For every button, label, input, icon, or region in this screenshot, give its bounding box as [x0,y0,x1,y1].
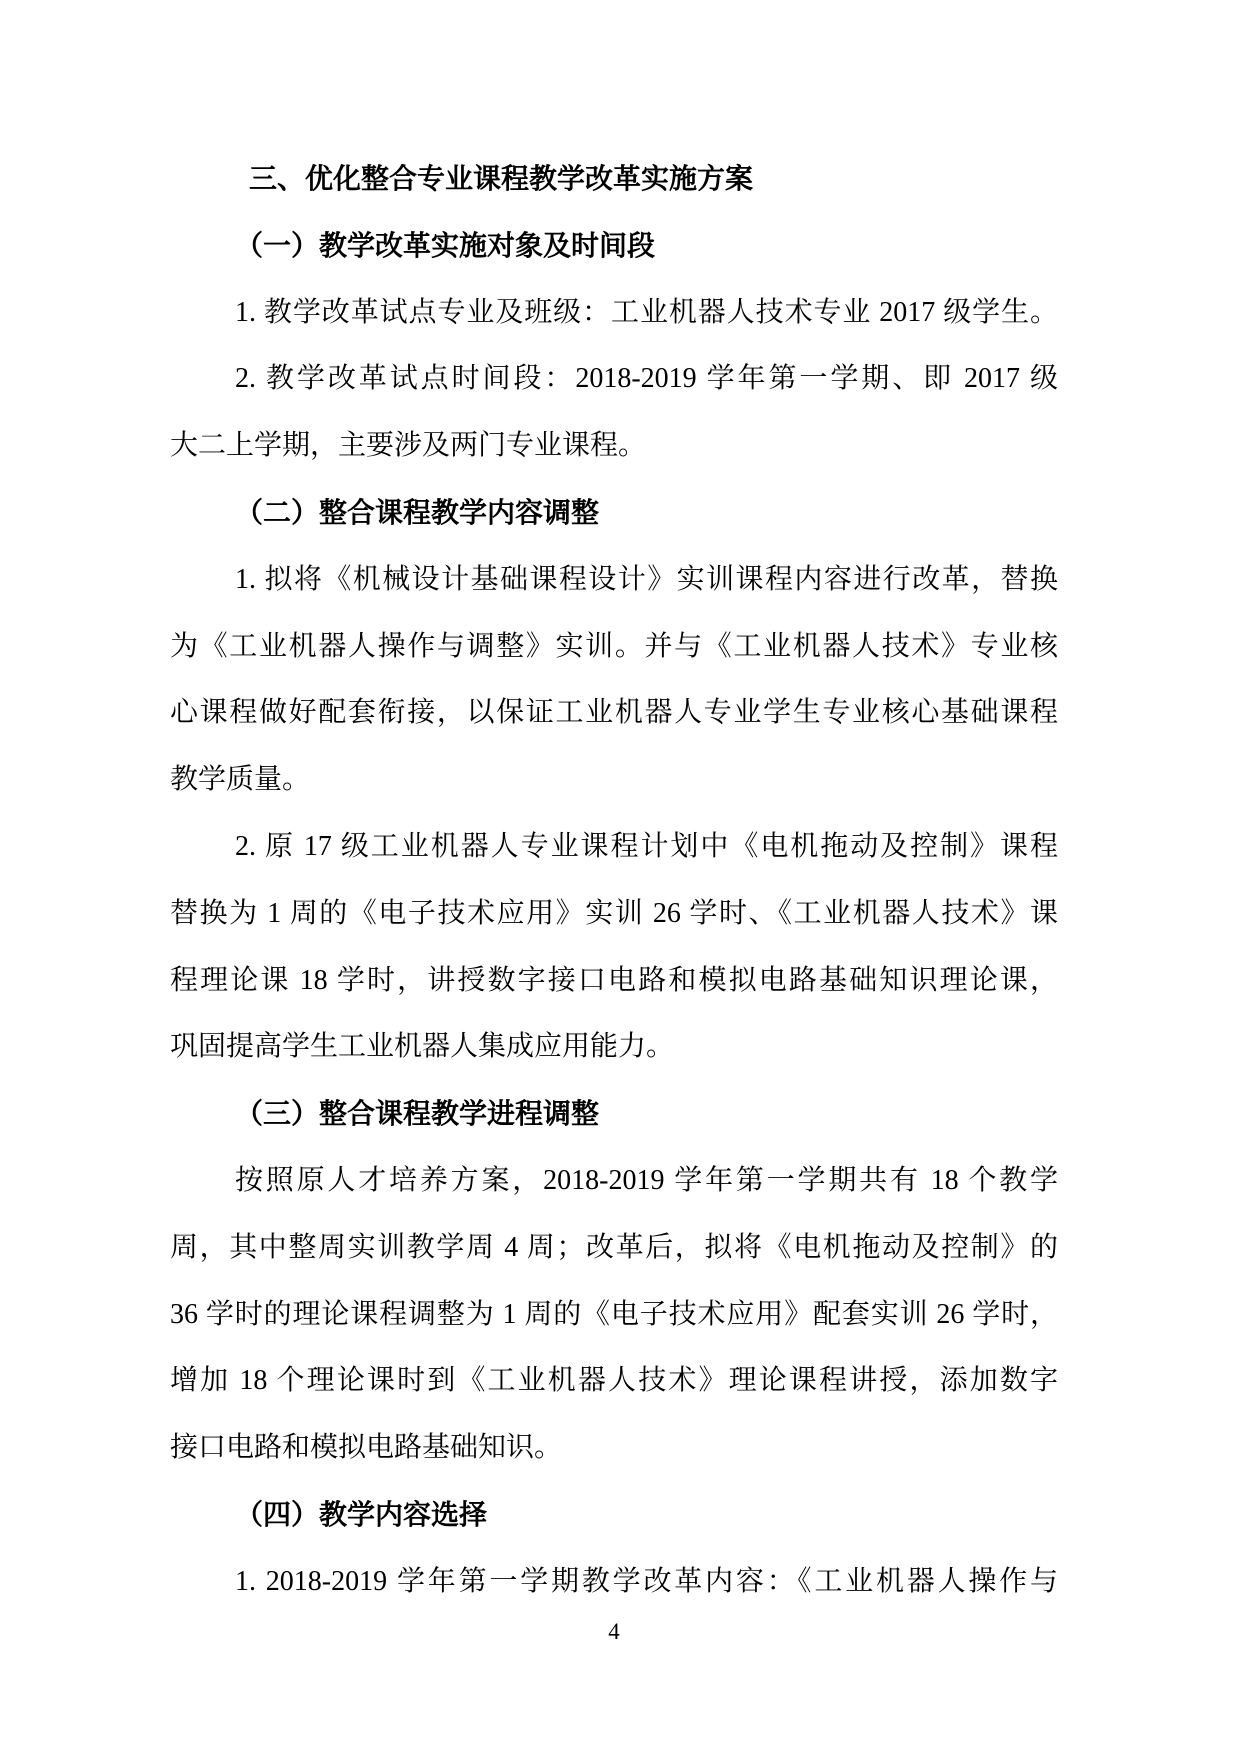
section-heading-3-4: （四）教学内容选择 [170,1482,1058,1549]
section-heading-3-3: （三）整合课程教学进程调整 [170,1081,1058,1148]
text-line: 替换为 1 周的《电子技术应用》实训 26 学时、《工业机器人技术》课 [170,881,1058,948]
document-page: 三、优化整合专业课程教学改革实施方案 （一）教学改革实施对象及时间段 1. 教学… [0,0,1240,1754]
page-number: 4 [170,1616,1058,1648]
heading-text: （三）整合课程教学进程调整 [170,1081,1058,1148]
heading-text: （一）教学改革实施对象及时间段 [170,213,1058,280]
paragraph: 1. 拟将《机械设计基础课程设计》实训课程内容进行改革，替换 为《工业机器人操作… [170,547,1058,814]
paragraph: 2. 原 17 级工业机器人专业课程计划中《电机拖动及控制》课程 替换为 1 周… [170,814,1058,1081]
section-heading-3-1: （一）教学改革实施对象及时间段 [170,213,1058,280]
paragraph: 1. 2018-2019 学年第一学期教学改革内容：《工业机器人操作与 [170,1549,1058,1616]
text-line: 1. 拟将《机械设计基础课程设计》实训课程内容进行改革，替换 [170,547,1058,614]
text-line: 教学质量。 [170,747,1058,814]
section-heading-3-2: （二）整合课程教学内容调整 [170,480,1058,547]
paragraph: 2. 教学改革试点时间段：2018-2019 学年第一学期、即 2017 级 大… [170,346,1058,480]
text-line: 增加 18 个理论课时到《工业机器人技术》理论课程讲授，添加数字 [170,1348,1058,1415]
text-line: 巩固提高学生工业机器人集成应用能力。 [170,1014,1058,1081]
section-heading-3: 三、优化整合专业课程教学改革实施方案 [170,146,1058,213]
text-line: 2. 教学改革试点时间段：2018-2019 学年第一学期、即 2017 级 [170,346,1058,413]
paragraph: 1. 教学改革试点专业及班级：工业机器人技术专业 2017 级学生。 [170,280,1058,347]
document-body: 三、优化整合专业课程教学改革实施方案 （一）教学改革实施对象及时间段 1. 教学… [170,146,1058,1616]
text-line: 36 学时的理论课程调整为 1 周的《电子技术应用》配套实训 26 学时， [170,1282,1058,1349]
heading-text: 三、优化整合专业课程教学改革实施方案 [170,146,1058,213]
heading-text: （二）整合课程教学内容调整 [170,480,1058,547]
paragraph: 按照原人才培养方案，2018-2019 学年第一学期共有 18 个教学 周，其中… [170,1148,1058,1482]
text-line: 周，其中整周实训教学周 4 周；改革后，拟将《电机拖动及控制》的 [170,1215,1058,1282]
text-line: 2. 原 17 级工业机器人专业课程计划中《电机拖动及控制》课程 [170,814,1058,881]
text-line: 心课程做好配套衔接，以保证工业机器人专业学生专业核心基础课程 [170,680,1058,747]
text-line: 1. 2018-2019 学年第一学期教学改革内容：《工业机器人操作与 [170,1549,1058,1616]
text-line: 1. 教学改革试点专业及班级：工业机器人技术专业 2017 级学生。 [170,280,1058,347]
text-line: 为《工业机器人操作与调整》实训。并与《工业机器人技术》专业核 [170,614,1058,681]
heading-text: （四）教学内容选择 [170,1482,1058,1549]
text-line: 大二上学期，主要涉及两门专业课程。 [170,413,1058,480]
text-line: 接口电路和模拟电路基础知识。 [170,1415,1058,1482]
text-line: 程理论课 18 学时，讲授数字接口电路和模拟电路基础知识理论课， [170,948,1058,1015]
text-line: 按照原人才培养方案，2018-2019 学年第一学期共有 18 个教学 [170,1148,1058,1215]
